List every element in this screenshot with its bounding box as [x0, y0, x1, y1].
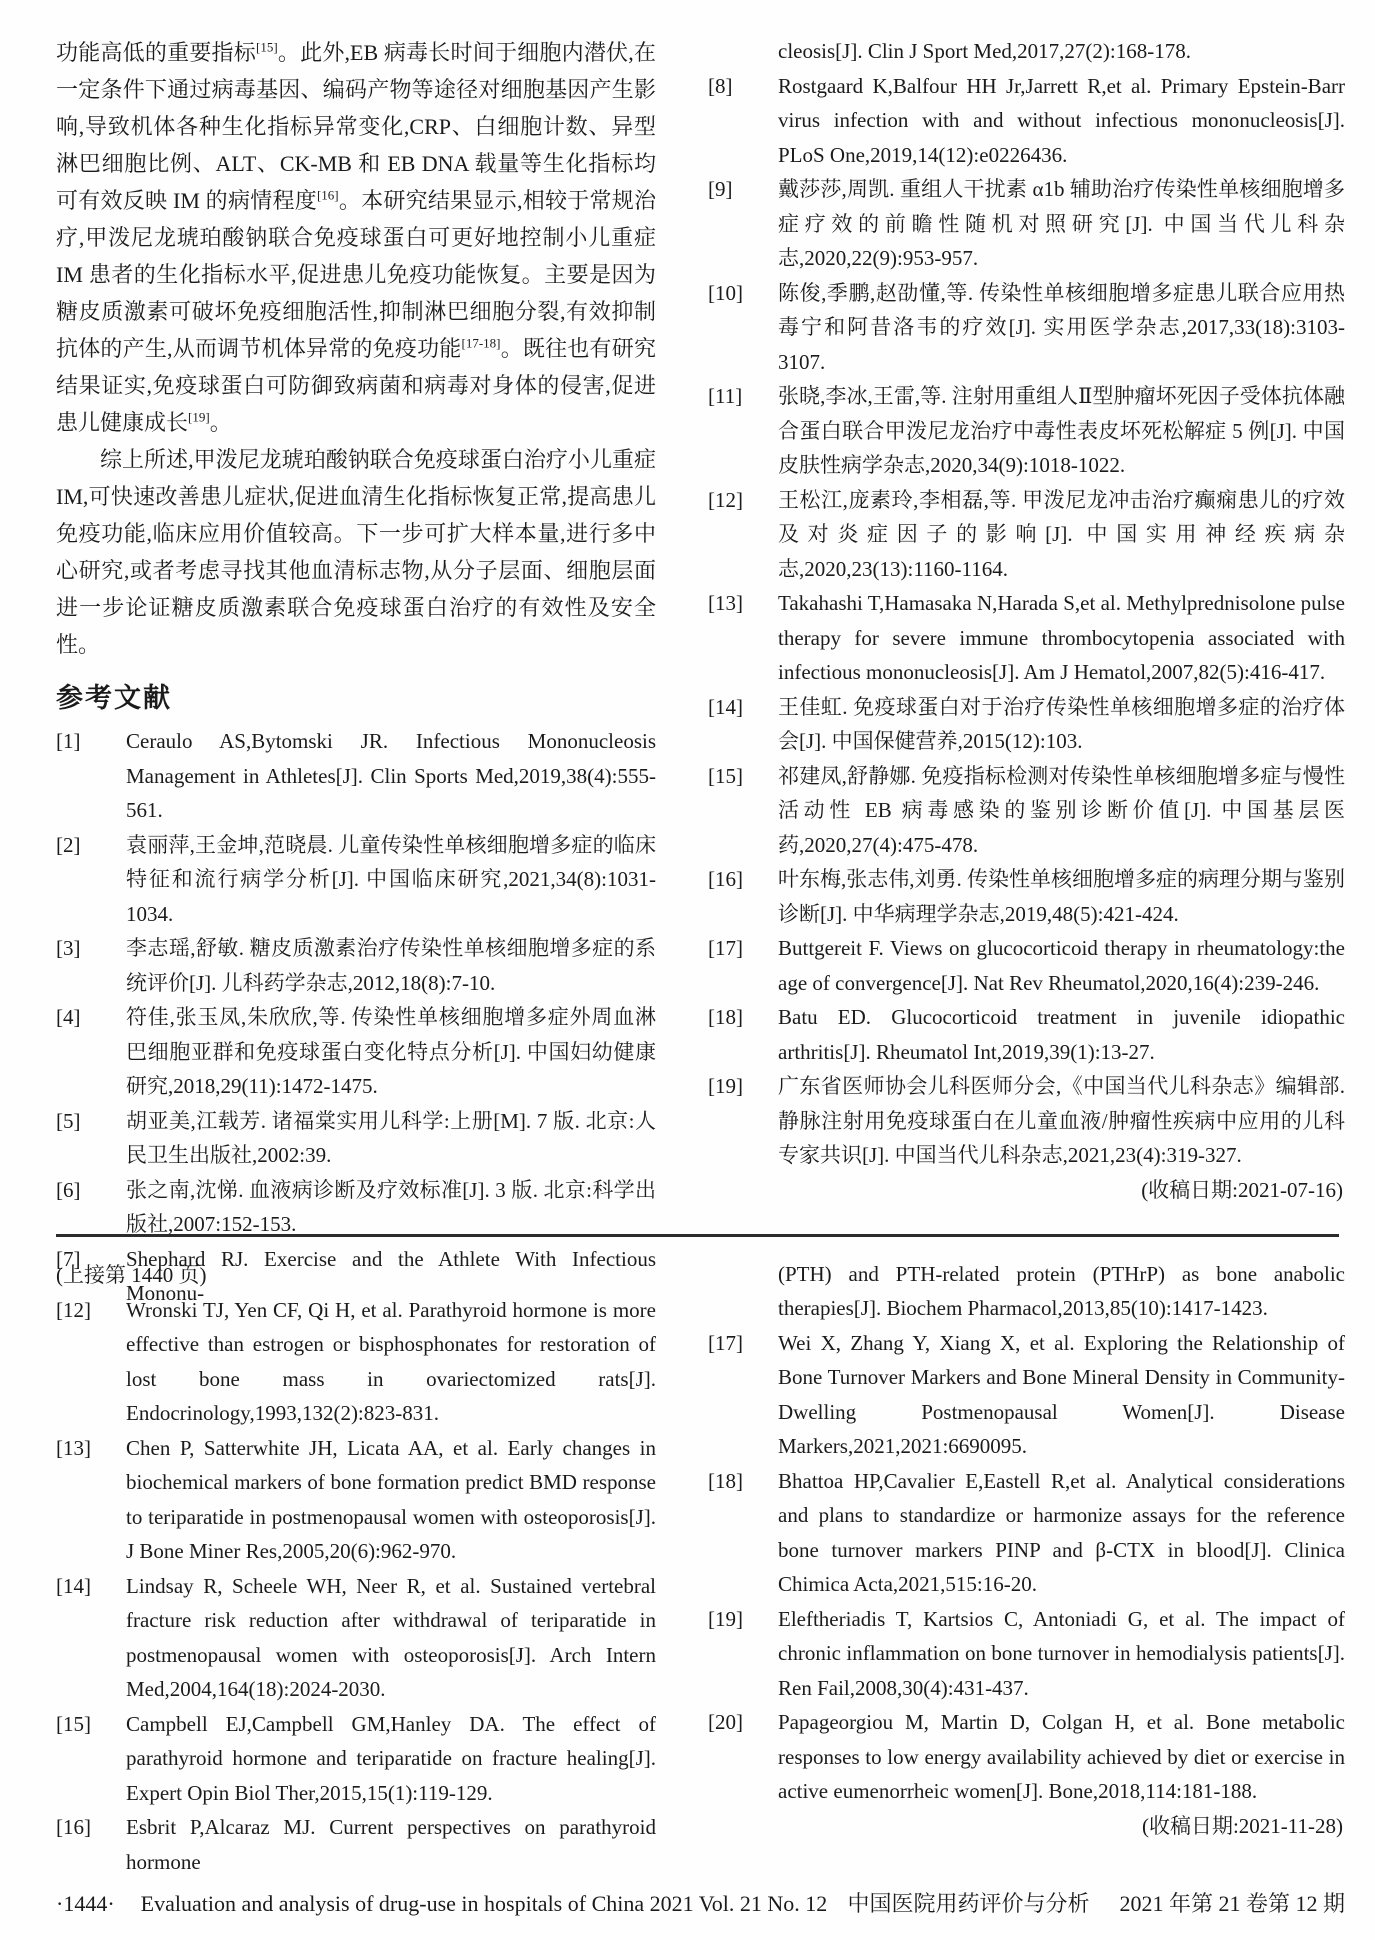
- reference-number: [12]: [56, 1293, 91, 1328]
- reference-item: [15]Campbell EJ,Campbell GM,Hanley DA. T…: [56, 1707, 656, 1811]
- citation-superscript: [16]: [317, 188, 339, 203]
- reference-text: Takahashi T,Hamasaka N,Harada S,et al. M…: [778, 591, 1345, 684]
- reference-number: [1]: [56, 724, 81, 759]
- reference-item: [16]叶东梅,张志伟,刘勇. 传染性单核细胞增多症的病理分期与鉴别诊断[J].…: [708, 862, 1345, 931]
- body-paragraph: 功能高低的重要指标[15]。此外,EB 病毒长时间于细胞内潜伏,在一定条件下通过…: [56, 34, 656, 441]
- reference-text: Campbell EJ,Campbell GM,Hanley DA. The e…: [126, 1712, 656, 1805]
- reference-text: Batu ED. Glucocorticoid treatment in juv…: [778, 1005, 1345, 1064]
- reference-item: [9]戴莎莎,周凯. 重组人干扰素 α1b 辅助治疗传染性单核细胞增多症疗效的前…: [708, 172, 1345, 276]
- journal-title-chinese: 中国医院用药评价与分析: [847, 1891, 1089, 1916]
- reference-text: Wronski TJ, Yen CF, Qi H, et al. Parathy…: [126, 1298, 656, 1426]
- journal-page: 功能高低的重要指标[15]。此外,EB 病毒长时间于细胞内潜伏,在一定条件下通过…: [0, 0, 1375, 1940]
- reference-number: [17]: [708, 1326, 743, 1361]
- article2-right-column: (PTH) and PTH-related protein (PTHrP) as…: [708, 1257, 1345, 1880]
- references-heading: 参考文献: [56, 676, 656, 715]
- article2-received-date: (收稿日期:2021-11-28): [708, 1809, 1345, 1844]
- reference-text: 张之南,沈悌. 血液病诊断及疗效标准[J]. 3 版. 北京:科学出版社,200…: [126, 1178, 656, 1237]
- reference-text: 陈俊,季鹏,赵劭懂,等. 传染性单核细胞增多症患儿联合应用热毒宁和阿昔洛韦的疗效…: [778, 281, 1345, 374]
- reference-number: [16]: [708, 862, 743, 897]
- reference-text: 张晓,李冰,王雷,等. 注射用重组人Ⅱ型肿瘤坏死因子受体抗体融合蛋白联合甲泼尼龙…: [778, 384, 1345, 477]
- article1-section: 功能高低的重要指标[15]。此外,EB 病毒长时间于细胞内潜伏,在一定条件下通过…: [56, 34, 1345, 1224]
- reference-number: [14]: [708, 690, 743, 725]
- reference-text: 王佳虹. 免疫球蛋白对于治疗传染性单核细胞增多症的治疗体会[J]. 中国保健营养…: [778, 695, 1345, 754]
- reference-number: [4]: [56, 1000, 81, 1035]
- reference-item: [13]Chen P, Satterwhite JH, Licata AA, e…: [56, 1431, 656, 1569]
- reference-item: [1]Ceraulo AS,Bytomski JR. Infectious Mo…: [56, 724, 656, 828]
- reference-text: Rostgaard K,Balfour HH Jr,Jarrett R,et a…: [778, 74, 1345, 167]
- reference-number: [15]: [56, 1707, 91, 1742]
- reference-item: [6]张之南,沈悌. 血液病诊断及疗效标准[J]. 3 版. 北京:科学出版社,…: [56, 1173, 656, 1242]
- reference-text: Eleftheriadis T, Kartsios C, Antoniadi G…: [778, 1607, 1345, 1700]
- reference-item: [18]Bhattoa HP,Cavalier E,Eastell R,et a…: [708, 1464, 1345, 1602]
- article1-left-column: 功能高低的重要指标[15]。此外,EB 病毒长时间于细胞内潜伏,在一定条件下通过…: [56, 34, 656, 1311]
- reference-text: (PTH) and PTH-related protein (PTHrP) as…: [778, 1262, 1345, 1321]
- reference-number: [6]: [56, 1173, 81, 1208]
- reference-item: [10]陈俊,季鹏,赵劭懂,等. 传染性单核细胞增多症患儿联合应用热毒宁和阿昔洛…: [708, 276, 1345, 380]
- reference-text: Bhattoa HP,Cavalier E,Eastell R,et al. A…: [778, 1469, 1345, 1597]
- reference-number: [15]: [708, 759, 743, 794]
- footer-right: 中国医院用药评价与分析2021 年第 21 卷第 12 期: [847, 1887, 1345, 1918]
- reference-text: Buttgereit F. Views on glucocorticoid th…: [778, 936, 1345, 995]
- reference-text: 祁建凤,舒静娜. 免疫指标检测对传染性单核细胞增多症与慢性活动性 EB 病毒感染…: [778, 764, 1345, 857]
- page-number: ·1444·: [56, 1891, 115, 1916]
- reference-text: Ceraulo AS,Bytomski JR. Infectious Monon…: [126, 729, 656, 822]
- reference-item: [20]Papageorgiou M, Martin D, Colgan H, …: [708, 1705, 1345, 1809]
- reference-item: [3]李志瑶,舒敏. 糖皮质激素治疗传染性单核细胞增多症的系统评价[J]. 儿科…: [56, 931, 656, 1000]
- reference-item: [4]符佳,张玉凤,朱欣欣,等. 传染性单核细胞增多症外周血淋巴细胞亚群和免疫球…: [56, 1000, 656, 1104]
- reference-number: [19]: [708, 1602, 743, 1637]
- reference-item: [8]Rostgaard K,Balfour HH Jr,Jarrett R,e…: [708, 69, 1345, 173]
- citation-superscript: [19]: [188, 410, 210, 425]
- reference-number: [18]: [708, 1000, 743, 1035]
- article2-references-right: (PTH) and PTH-related protein (PTHrP) as…: [708, 1257, 1345, 1809]
- article1-references-right: cleosis[J]. Clin J Sport Med,2017,27(2):…: [708, 34, 1345, 1173]
- reference-text: Esbrit P,Alcaraz MJ. Current perspective…: [126, 1815, 656, 1874]
- reference-number: [5]: [56, 1104, 81, 1139]
- body-paragraph: 综上所述,甲泼尼龙琥珀酸钠联合免疫球蛋白治疗小儿重症 IM,可快速改善患儿症状,…: [56, 441, 656, 663]
- reference-number: [11]: [708, 379, 742, 414]
- reference-item: [11]张晓,李冰,王雷,等. 注射用重组人Ⅱ型肿瘤坏死因子受体抗体融合蛋白联合…: [708, 379, 1345, 483]
- reference-item: [14]Lindsay R, Scheele WH, Neer R, et al…: [56, 1569, 656, 1707]
- reference-item: (PTH) and PTH-related protein (PTHrP) as…: [708, 1257, 1345, 1326]
- reference-number: [13]: [708, 586, 743, 621]
- reference-text: 李志瑶,舒敏. 糖皮质激素治疗传染性单核细胞增多症的系统评价[J]. 儿科药学杂…: [126, 936, 656, 995]
- reference-number: [10]: [708, 276, 743, 311]
- citation-superscript: [17-18]: [462, 336, 501, 351]
- reference-item: [2]袁丽萍,王金坤,范晓晨. 儿童传染性单核细胞增多症的临床特征和流行病学分析…: [56, 828, 656, 932]
- reference-item: [15]祁建凤,舒静娜. 免疫指标检测对传染性单核细胞增多症与慢性活动性 EB …: [708, 759, 1345, 863]
- reference-number: [18]: [708, 1464, 743, 1499]
- reference-text: cleosis[J]. Clin J Sport Med,2017,27(2):…: [778, 39, 1191, 63]
- reference-item: [17]Wei X, Zhang Y, Xiang X, et al. Expl…: [708, 1326, 1345, 1464]
- journal-issue: 2021 年第 21 卷第 12 期: [1119, 1891, 1345, 1916]
- reference-number: [7]: [56, 1242, 81, 1277]
- article1-right-column: cleosis[J]. Clin J Sport Med,2017,27(2):…: [708, 34, 1345, 1208]
- citation-superscript: [15]: [256, 40, 278, 55]
- reference-number: [8]: [708, 69, 733, 104]
- reference-text: 符佳,张玉凤,朱欣欣,等. 传染性单核细胞增多症外周血淋巴细胞亚群和免疫球蛋白变…: [126, 1005, 656, 1098]
- reference-number: [14]: [56, 1569, 91, 1604]
- page-footer: ·1444·Evaluation and analysis of drug-us…: [56, 1879, 1345, 1918]
- reference-text: Lindsay R, Scheele WH, Neer R, et al. Su…: [126, 1574, 656, 1702]
- article2-references-left: [12]Wronski TJ, Yen CF, Qi H, et al. Par…: [56, 1293, 656, 1880]
- article1-received-date: (收稿日期:2021-07-16): [708, 1173, 1345, 1208]
- reference-item: [12]Wronski TJ, Yen CF, Qi H, et al. Par…: [56, 1293, 656, 1431]
- reference-text: 胡亚美,江载芳. 诸福棠实用儿科学:上册[M]. 7 版. 北京:人民卫生出版社…: [126, 1109, 656, 1168]
- reference-text: 戴莎莎,周凯. 重组人干扰素 α1b 辅助治疗传染性单核细胞增多症疗效的前瞻性随…: [778, 177, 1345, 270]
- reference-item: [17]Buttgereit F. Views on glucocorticoi…: [708, 931, 1345, 1000]
- reference-text: 叶东梅,张志伟,刘勇. 传染性单核细胞增多症的病理分期与鉴别诊断[J]. 中华病…: [778, 867, 1345, 926]
- reference-number: [19]: [708, 1069, 743, 1104]
- reference-item: [19]Eleftheriadis T, Kartsios C, Antonia…: [708, 1602, 1345, 1706]
- reference-text: 袁丽萍,王金坤,范晓晨. 儿童传染性单核细胞增多症的临床特征和流行病学分析[J]…: [126, 833, 656, 926]
- reference-number: [17]: [708, 931, 743, 966]
- article2-section: (上接第 1440 页) [12]Wronski TJ, Yen CF, Qi …: [56, 1257, 1345, 1880]
- footer-left: ·1444·Evaluation and analysis of drug-us…: [56, 1891, 827, 1917]
- reference-number: [12]: [708, 483, 743, 518]
- reference-text: 王松江,庞素玲,李相磊,等. 甲泼尼龙冲击治疗癫痫患儿的疗效及对炎症因子的影响[…: [778, 488, 1345, 581]
- reference-item: [13]Takahashi T,Hamasaka N,Harada S,et a…: [708, 586, 1345, 690]
- reference-number: [16]: [56, 1810, 91, 1845]
- reference-item: [14]王佳虹. 免疫球蛋白对于治疗传染性单核细胞增多症的治疗体会[J]. 中国…: [708, 690, 1345, 759]
- reference-number: [9]: [708, 172, 733, 207]
- reference-item: [12]王松江,庞素玲,李相磊,等. 甲泼尼龙冲击治疗癫痫患儿的疗效及对炎症因子…: [708, 483, 1345, 587]
- article2-left-column: (上接第 1440 页) [12]Wronski TJ, Yen CF, Qi …: [56, 1257, 656, 1880]
- reference-item: cleosis[J]. Clin J Sport Med,2017,27(2):…: [708, 34, 1345, 69]
- reference-number: [3]: [56, 931, 81, 966]
- reference-number: [20]: [708, 1705, 743, 1740]
- reference-text: Chen P, Satterwhite JH, Licata AA, et al…: [126, 1436, 656, 1564]
- reference-text: Papageorgiou M, Martin D, Colgan H, et a…: [778, 1710, 1345, 1803]
- journal-title-english: Evaluation and analysis of drug-use in h…: [141, 1891, 828, 1916]
- reference-text: Wei X, Zhang Y, Xiang X, et al. Explorin…: [778, 1331, 1345, 1459]
- reference-item: [5]胡亚美,江载芳. 诸福棠实用儿科学:上册[M]. 7 版. 北京:人民卫生…: [56, 1104, 656, 1173]
- article-body-text: 功能高低的重要指标[15]。此外,EB 病毒长时间于细胞内潜伏,在一定条件下通过…: [56, 34, 656, 663]
- reference-text: 广东省医师协会儿科医师分会,《中国当代儿科杂志》编辑部. 静脉注射用免疫球蛋白在…: [778, 1074, 1345, 1167]
- reference-item: [16]Esbrit P,Alcaraz MJ. Current perspec…: [56, 1810, 656, 1879]
- reference-item: [19]广东省医师协会儿科医师分会,《中国当代儿科杂志》编辑部. 静脉注射用免疫…: [708, 1069, 1345, 1173]
- article1-references-left: [1]Ceraulo AS,Bytomski JR. Infectious Mo…: [56, 724, 656, 1311]
- reference-number: [2]: [56, 828, 81, 863]
- reference-number: [13]: [56, 1431, 91, 1466]
- reference-item: [18]Batu ED. Glucocorticoid treatment in…: [708, 1000, 1345, 1069]
